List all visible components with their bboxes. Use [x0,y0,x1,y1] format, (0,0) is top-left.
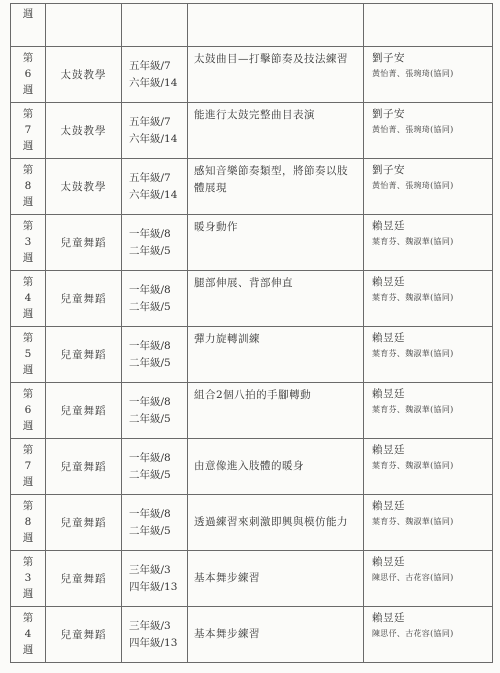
grade-line-2: 四年級/13 [129,635,187,652]
week-cell: 第 8 週 [11,159,46,215]
table-row: 第 6 週 兒童舞蹈 一年級/8 二年級/5 組合2個八拍的手腳轉動 [11,383,493,439]
week-prefix: 第 [11,554,45,570]
teacher-name: 賴昱廷 [372,443,486,457]
week-number: 6 [11,402,45,418]
week-number: 4 [11,626,45,642]
table-row-partial: 週 [11,4,493,47]
grade-line-2: 二年級/5 [129,243,187,260]
week-prefix: 第 [11,330,45,346]
teacher-cell: 賴昱廷 葉育芬、魏淑華(協同) [364,215,493,271]
week-suffix: 週 [11,306,45,322]
grade-line-1: 一年級/8 [129,450,187,467]
week-label: 第 3 週 [11,551,45,602]
grade-line-2: 二年級/5 [129,355,187,372]
teacher-cell: 賴昱廷 葉育芬、魏淑華(協同) [364,271,493,327]
week-prefix: 第 [11,386,45,402]
grades-cell: 一年級/8 二年級/5 [122,439,188,495]
teacher-cell: 賴昱廷 陳思伃、古花容(協同) [364,551,493,607]
teacher-name: 賴昱廷 [372,499,486,513]
description-cell: 感知音樂節奏類型，將節奏以肢體展現 [188,159,364,215]
teacher-cell: 賴昱廷 葉育芬、魏淑華(協同) [364,439,493,495]
grade-line-2: 二年級/5 [129,411,187,428]
co-teacher-names: 陳思伃、古花容(協同) [372,572,486,583]
grades-cell: 一年級/8 二年級/5 [122,215,188,271]
week-suffix: 週 [11,586,45,602]
table-row: 第 4 週 兒童舞蹈 一年級/8 二年級/5 腿部伸展、背部伸直 賴昱 [11,271,493,327]
week-number: 4 [11,290,45,306]
empty-cell [188,4,364,47]
grade-line-2: 六年級/14 [129,131,187,148]
course-name-cell: 兒童舞蹈 [46,607,122,663]
teacher-name: 劉子安 [372,107,486,121]
week-label: 第 5 週 [11,327,45,378]
course-schedule-table: 週 第 6 週 太鼓教學 [10,3,493,663]
grade-line-2: 二年級/5 [129,523,187,540]
grade-line-2: 二年級/5 [129,299,187,316]
table-row: 第 3 週 兒童舞蹈 三年級/3 四年級/13 基本舞步練習 賴昱廷 [11,551,493,607]
table-row: 第 3 週 兒童舞蹈 一年級/8 二年級/5 暖身動作 賴昱廷 [11,215,493,271]
table-row: 第 6 週 太鼓教學 五年級/7 六年級/14 太鼓曲目—打擊節奏及技法練習 [11,47,493,103]
grade-line-1: 三年級/3 [129,562,187,579]
teacher-name: 劉子安 [372,51,486,65]
grade-line-1: 五年級/7 [129,114,187,131]
table-row: 第 5 週 兒童舞蹈 一年級/8 二年級/5 彈力旋轉訓練 賴昱廷 [11,327,493,383]
week-cell-partial: 週 [11,4,46,47]
week-suffix: 週 [11,474,45,490]
teacher-name: 劉子安 [372,163,486,177]
course-name-cell: 兒童舞蹈 [46,551,122,607]
week-prefix: 第 [11,106,45,122]
week-label: 第 7 週 [11,439,45,490]
grade-line-1: 五年級/7 [129,170,187,187]
description-text: 基本舞步練習 [194,570,357,587]
description-text: 能進行太鼓完整曲目表演 [194,107,357,124]
week-cell: 第 6 週 [11,383,46,439]
empty-cell [46,4,122,47]
description-text: 感知音樂節奏類型，將節奏以肢體展現 [194,163,357,197]
description-text: 腿部伸展、背部伸直 [194,275,357,292]
grades-cell: 一年級/8 二年級/5 [122,383,188,439]
description-cell: 基本舞步練習 [188,607,364,663]
week-suffix: 週 [11,250,45,266]
week-number: 5 [11,346,45,362]
table-row: 第 8 週 兒童舞蹈 一年級/8 二年級/5 透過練習來刺激即興與模仿能力 [11,495,493,551]
week-cell: 第 6 週 [11,47,46,103]
week-number: 8 [11,514,45,530]
week-label: 第 8 週 [11,495,45,546]
week-suffix: 週 [11,530,45,546]
week-prefix: 第 [11,442,45,458]
grades-cell: 五年級/7 六年級/14 [122,103,188,159]
empty-cell [122,4,188,47]
description-text: 由意像進入肢體的暖身 [194,458,357,475]
description-cell: 組合2個八拍的手腳轉動 [188,383,364,439]
co-teacher-names: 黃怡菁、張琬琦(協同) [372,68,486,79]
co-teacher-names: 葉育芬、魏淑華(協同) [372,236,486,247]
co-teacher-names: 葉育芬、魏淑華(協同) [372,348,486,359]
teacher-cell: 賴昱廷 葉育芬、魏淑華(協同) [364,327,493,383]
week-number: 6 [11,66,45,82]
grade-line-1: 一年級/8 [129,282,187,299]
week-label: 第 6 週 [11,383,45,434]
description-cell: 基本舞步練習 [188,551,364,607]
grades-cell: 五年級/7 六年級/14 [122,47,188,103]
grades-cell: 五年級/7 六年級/14 [122,159,188,215]
week-suffix: 週 [11,82,45,98]
week-prefix: 第 [11,50,45,66]
grade-line-1: 一年級/8 [129,226,187,243]
description-cell: 腿部伸展、背部伸直 [188,271,364,327]
teacher-cell: 劉子安 黃怡菁、張琬琦(協同) [364,47,493,103]
week-cell: 第 7 週 [11,439,46,495]
co-teacher-names: 陳思伃、古花容(協同) [372,628,486,639]
teacher-name: 賴昱廷 [372,555,486,569]
week-number: 3 [11,570,45,586]
course-name-cell: 太鼓教學 [46,159,122,215]
grade-line-2: 四年級/13 [129,579,187,596]
teacher-cell: 賴昱廷 葉育芬、魏淑華(協同) [364,495,493,551]
course-name-cell: 兒童舞蹈 [46,439,122,495]
co-teacher-names: 葉育芬、魏淑華(協同) [372,460,486,471]
scanned-schedule-page: 週 第 6 週 太鼓教學 [0,0,500,673]
grades-cell: 三年級/3 四年級/13 [122,607,188,663]
course-name-cell: 太鼓教學 [46,47,122,103]
course-name-cell: 兒童舞蹈 [46,271,122,327]
week-label: 第 8 週 [11,159,45,210]
week-cell: 第 4 週 [11,607,46,663]
week-number: 7 [11,458,45,474]
week-number: 3 [11,234,45,250]
co-teacher-names: 葉育芬、魏淑華(協同) [372,516,486,527]
teacher-name: 賴昱廷 [372,219,486,233]
grade-line-1: 一年級/8 [129,394,187,411]
grade-line-2: 六年級/14 [129,187,187,204]
description-cell: 能進行太鼓完整曲目表演 [188,103,364,159]
week-number: 7 [11,122,45,138]
week-label-tail: 週 [11,4,45,21]
teacher-cell: 賴昱廷 陳思伃、古花容(協同) [364,607,493,663]
week-label: 第 3 週 [11,215,45,266]
week-cell: 第 4 週 [11,271,46,327]
description-text: 基本舞步練習 [194,626,357,643]
teacher-name: 賴昱廷 [372,387,486,401]
table-row: 第 4 週 兒童舞蹈 三年級/3 四年級/13 基本舞步練習 賴昱廷 [11,607,493,663]
grade-line-1: 一年級/8 [129,338,187,355]
grade-line-1: 五年級/7 [129,58,187,75]
week-cell: 第 5 週 [11,327,46,383]
course-name-cell: 兒童舞蹈 [46,327,122,383]
week-number: 8 [11,178,45,194]
empty-cell [364,4,493,47]
description-text: 彈力旋轉訓練 [194,331,357,348]
description-text: 透過練習來刺激即興與模仿能力 [194,514,357,531]
week-cell: 第 3 週 [11,551,46,607]
week-cell: 第 3 週 [11,215,46,271]
grades-cell: 三年級/3 四年級/13 [122,551,188,607]
week-label: 第 4 週 [11,607,45,658]
description-cell: 彈力旋轉訓練 [188,327,364,383]
co-teacher-names: 葉育芬、魏淑華(協同) [372,404,486,415]
description-text: 太鼓曲目—打擊節奏及技法練習 [194,51,357,68]
co-teacher-names: 黃怡菁、張琬琦(協同) [372,180,486,191]
week-cell: 第 7 週 [11,103,46,159]
week-prefix: 第 [11,274,45,290]
description-text: 暖身動作 [194,219,357,236]
description-cell: 透過練習來刺激即興與模仿能力 [188,495,364,551]
week-label: 第 6 週 [11,47,45,98]
table-row: 第 7 週 太鼓教學 五年級/7 六年級/14 能進行太鼓完整曲目表演 [11,103,493,159]
week-label: 第 4 週 [11,271,45,322]
week-prefix: 第 [11,162,45,178]
description-cell: 太鼓曲目—打擊節奏及技法練習 [188,47,364,103]
description-text: 組合2個八拍的手腳轉動 [194,387,357,404]
teacher-cell: 劉子安 黃怡菁、張琬琦(協同) [364,159,493,215]
week-prefix: 第 [11,218,45,234]
week-suffix: 週 [11,418,45,434]
grade-line-1: 三年級/3 [129,618,187,635]
description-cell: 由意像進入肢體的暖身 [188,439,364,495]
table-row: 第 7 週 兒童舞蹈 一年級/8 二年級/5 由意像進入肢體的暖身 賴 [11,439,493,495]
teacher-cell: 賴昱廷 葉育芬、魏淑華(協同) [364,383,493,439]
week-suffix: 週 [11,642,45,658]
course-name-cell: 兒童舞蹈 [46,383,122,439]
week-label: 第 7 週 [11,103,45,154]
teacher-name: 賴昱廷 [372,275,486,289]
week-cell: 第 8 週 [11,495,46,551]
table-row: 第 8 週 太鼓教學 五年級/7 六年級/14 感知音樂節奏類型，將節奏以肢體展… [11,159,493,215]
co-teacher-names: 葉育芬、魏淑華(協同) [372,292,486,303]
teacher-cell: 劉子安 黃怡菁、張琬琦(協同) [364,103,493,159]
week-prefix: 第 [11,498,45,514]
grade-line-1: 一年級/8 [129,506,187,523]
grade-line-2: 二年級/5 [129,467,187,484]
week-suffix: 週 [11,362,45,378]
grade-line-2: 六年級/14 [129,75,187,92]
course-name-cell: 太鼓教學 [46,103,122,159]
week-suffix: 週 [11,138,45,154]
week-prefix: 第 [11,610,45,626]
grades-cell: 一年級/8 二年級/5 [122,495,188,551]
course-name-cell: 兒童舞蹈 [46,215,122,271]
teacher-name: 賴昱廷 [372,611,486,625]
grades-cell: 一年級/8 二年級/5 [122,271,188,327]
course-name-cell: 兒童舞蹈 [46,495,122,551]
description-cell: 暖身動作 [188,215,364,271]
week-suffix: 週 [11,194,45,210]
grades-cell: 一年級/8 二年級/5 [122,327,188,383]
co-teacher-names: 黃怡菁、張琬琦(協同) [372,124,486,135]
teacher-name: 賴昱廷 [372,331,486,345]
